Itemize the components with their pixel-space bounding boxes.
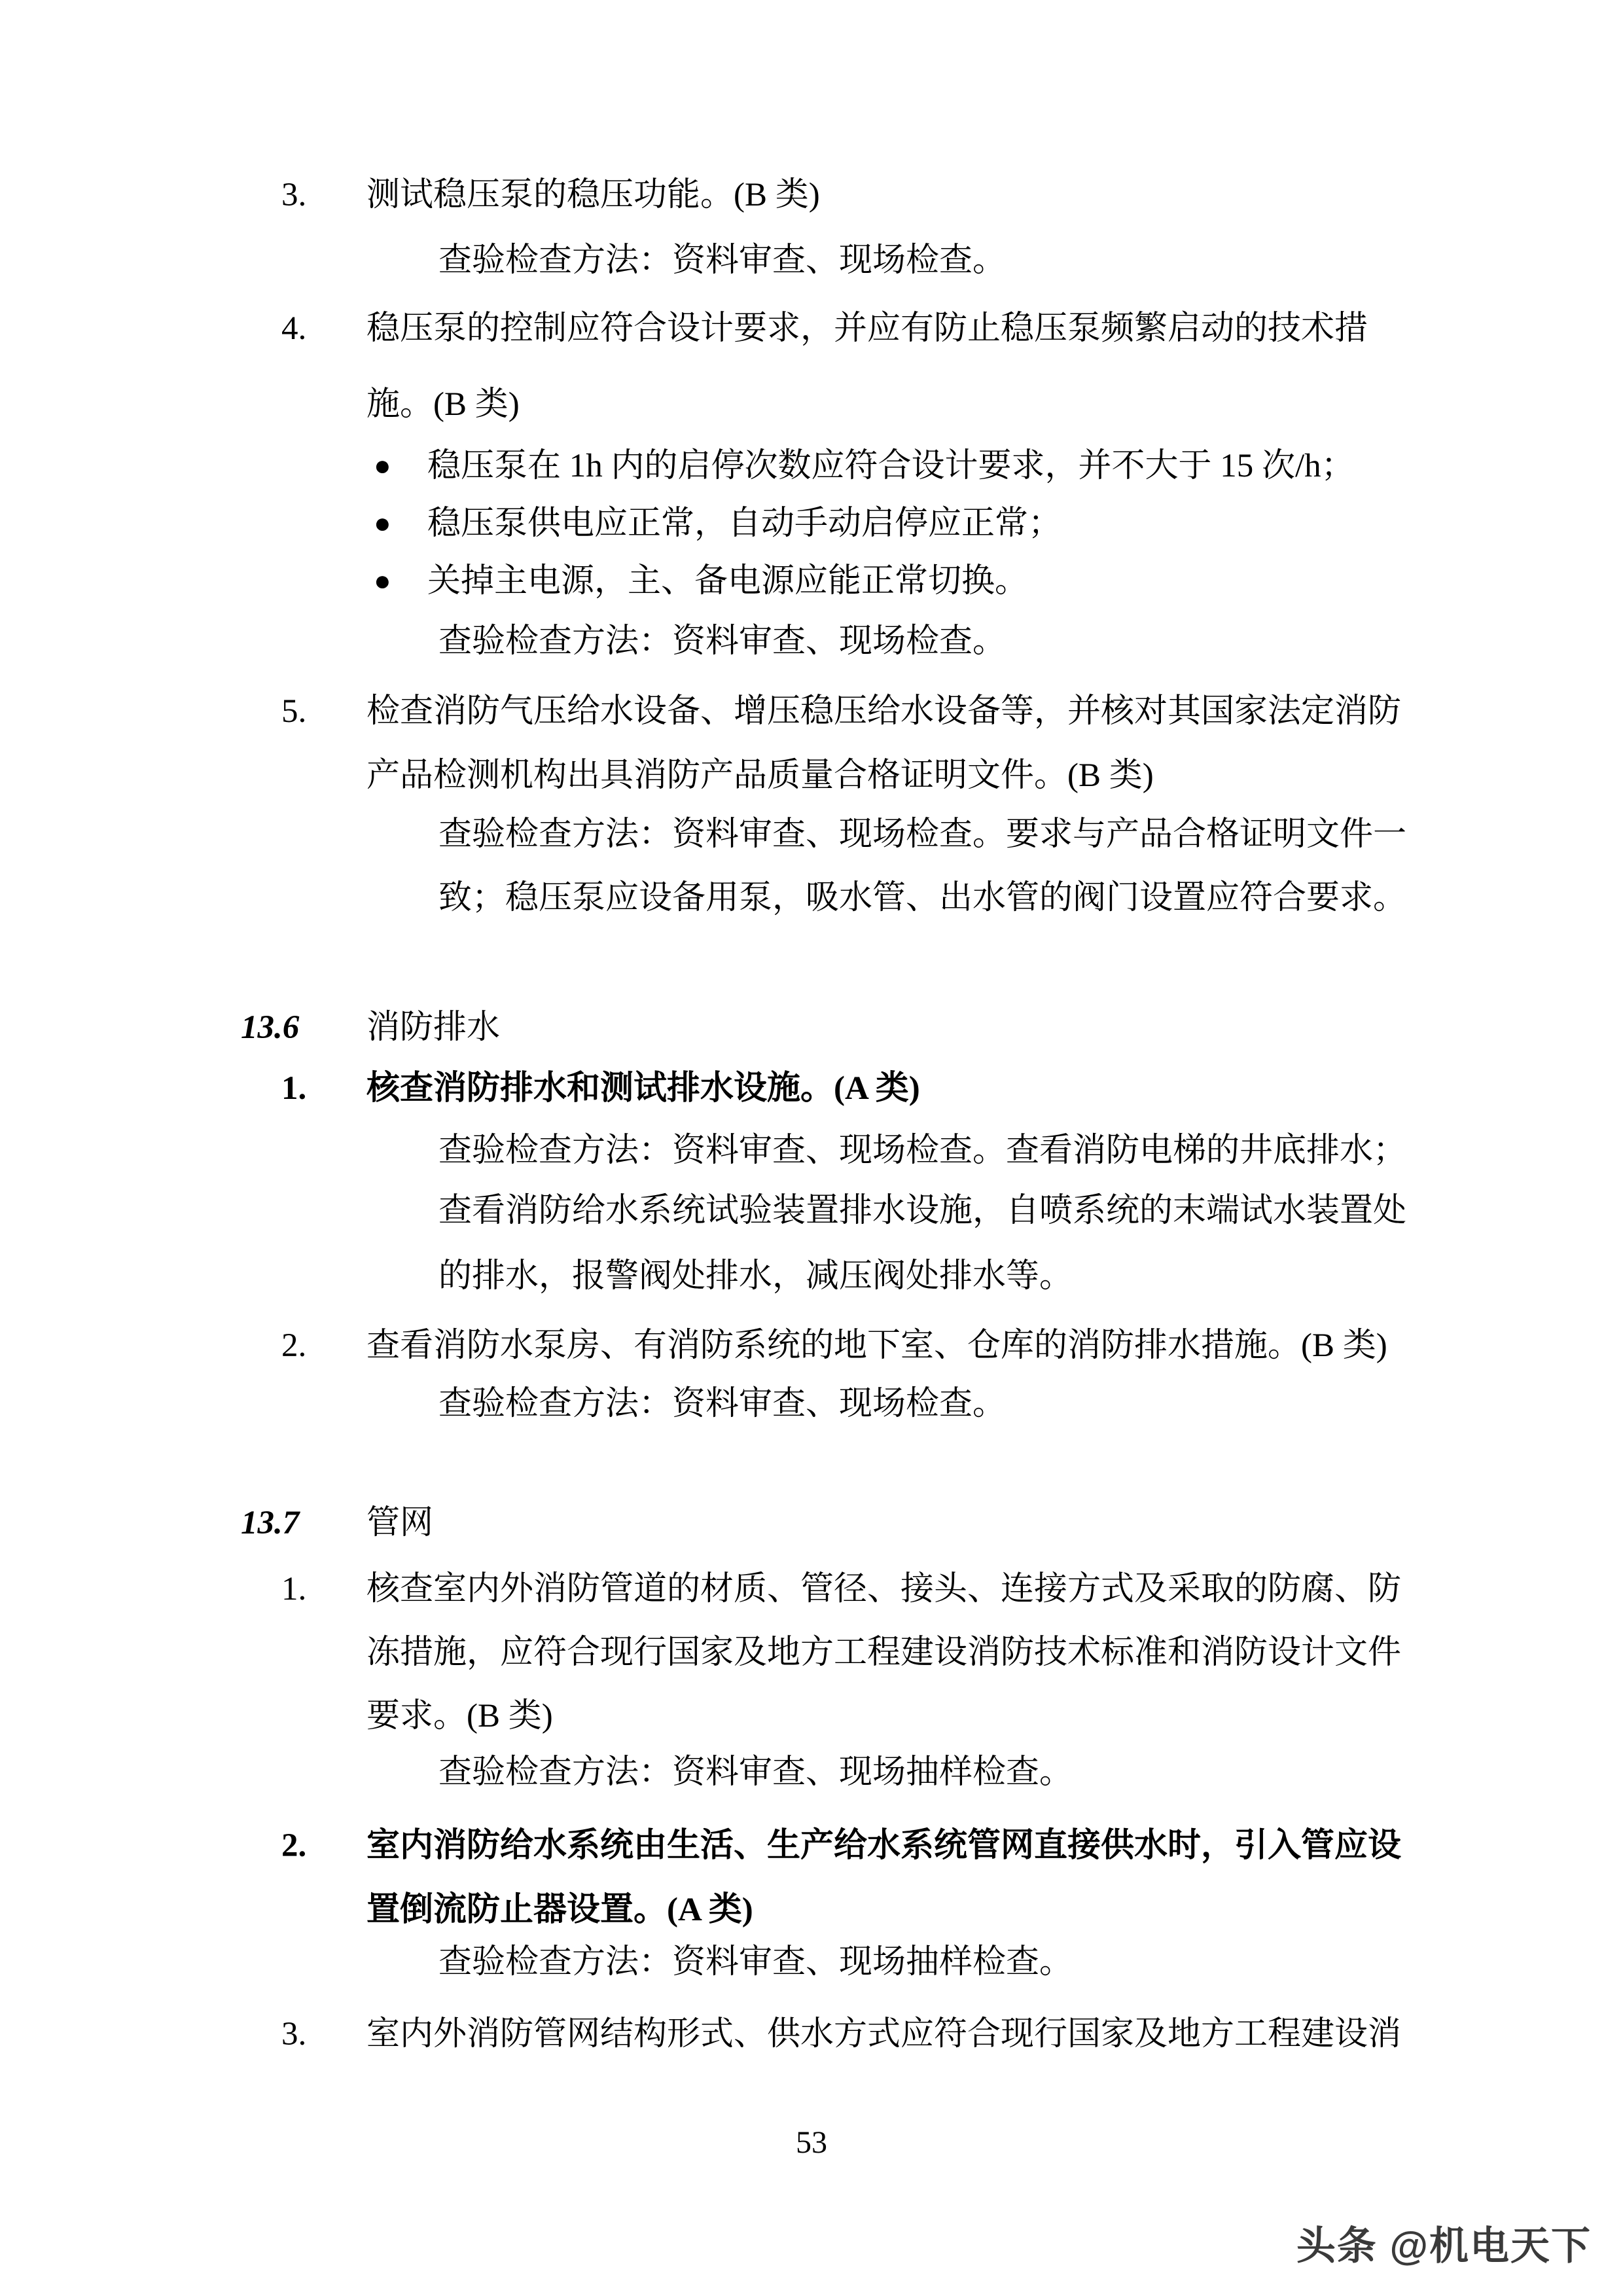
document-page: 3. 测试稳压泵的稳压功能。(B 类) 查验检查方法：资料审查、现场检查。 4.… (0, 0, 1623, 2296)
page-number: 53 (0, 2125, 1623, 2161)
item-3-number: 3. (281, 175, 306, 215)
section-13-6-title: 消防排水 (366, 1008, 500, 1047)
section-13-7-item-1-text-line-1: 核查室内外消防管道的材质、管径、接头、连接方式及采取的防腐、防 (366, 1570, 1401, 1609)
section-13-6-item-1-method-line-1: 查验检查方法：资料审查、现场检查。查看消防电梯的井底排水； (438, 1131, 1406, 1170)
item-3-method: 查验检查方法：资料审查、现场检查。 (438, 241, 1006, 280)
section-13-6-item-1-method-line-3: 的排水，报警阀处排水，减压阀处排水等。 (438, 1257, 1073, 1296)
item-5-method-line-1: 查验检查方法：资料审查、现场检查。要求与产品合格证明文件一 (438, 815, 1406, 854)
section-13-6-item-2-number: 2. (281, 1326, 306, 1365)
item-5-method-line-2: 致；稳压泵应设备用泵，吸水管、出水管的阀门设置应符合要求。 (438, 878, 1406, 918)
bullet-icon: ● (374, 562, 391, 601)
item-5-text-line-1: 检查消防气压给水设备、增压稳压给水设备等，并核对其国家法定消防 (366, 692, 1401, 731)
item-4-bullet-3-text: 关掉主电源，主、备电源应能正常切换。 (427, 562, 1028, 601)
section-13-7-item-2-text-line-1: 室内消防给水系统由生活、生产给水系统管网直接供水时，引入管应设 (366, 1826, 1401, 1865)
section-13-6-item-2-method: 查验检查方法：资料审查、现场检查。 (438, 1384, 1006, 1424)
watermark: 头条 @机电天下 (1296, 2215, 1592, 2271)
bullet-icon: ● (374, 446, 391, 486)
section-13-7-title: 管网 (366, 1503, 433, 1543)
section-13-7-item-1-text-line-2: 冻措施，应符合现行国家及地方工程建设消防技术标准和消防设计文件 (366, 1633, 1401, 1672)
section-13-7-item-1-number: 1. (281, 1570, 306, 1609)
item-4-text-line-1: 稳压泵的控制应符合设计要求，并应有防止稳压泵频繁启动的技术措 (366, 309, 1368, 348)
item-3-text: 测试稳压泵的稳压功能。(B 类) (366, 175, 820, 215)
section-13-6-item-1-number: 1. (281, 1069, 306, 1108)
item-5-text-line-2: 产品检测机构出具消防产品质量合格证明文件。(B 类) (366, 756, 1154, 795)
section-13-6-item-1-method-line-2: 查看消防给水系统试验装置排水设施，自喷系统的末端试水装置处 (438, 1191, 1406, 1230)
section-13-6-number: 13.6 (241, 1008, 299, 1047)
bullet-icon: ● (374, 504, 391, 543)
item-4-number: 4. (281, 309, 306, 348)
section-13-7-item-1-method: 查验检查方法：资料审查、现场抽样检查。 (438, 1753, 1073, 1792)
section-13-7-item-1-text-line-3: 要求。(B 类) (366, 1696, 553, 1736)
item-4-bullet-2-text: 稳压泵供电应正常，自动手动启停应正常； (427, 504, 1061, 543)
section-13-7-item-2-method: 查验检查方法：资料审查、现场抽样检查。 (438, 1943, 1073, 1982)
item-4-method: 查验检查方法：资料审查、现场检查。 (438, 622, 1006, 661)
section-13-7-item-3-number: 3. (281, 2015, 306, 2054)
section-13-7-item-2-number: 2. (281, 1826, 306, 1865)
section-13-7-item-3-text-line-1: 室内外消防管网结构形式、供水方式应符合现行国家及地方工程建设消 (366, 2015, 1401, 2054)
item-4-bullet-1-text: 稳压泵在 1h 内的启停次数应符合设计要求，并不大于 15 次/h； (427, 446, 1355, 486)
section-13-7-number: 13.7 (241, 1503, 299, 1543)
section-13-6-item-1-text: 核查消防排水和测试排水设施。(A 类) (366, 1069, 920, 1108)
item-5-number: 5. (281, 692, 306, 731)
section-13-6-item-2-text: 查看消防水泵房、有消防系统的地下室、仓库的消防排水措施。(B 类) (366, 1326, 1387, 1365)
item-4-text-line-2: 施。(B 类) (366, 385, 520, 424)
section-13-7-item-2-text-line-2: 置倒流防止器设置。(A 类) (366, 1890, 753, 1929)
